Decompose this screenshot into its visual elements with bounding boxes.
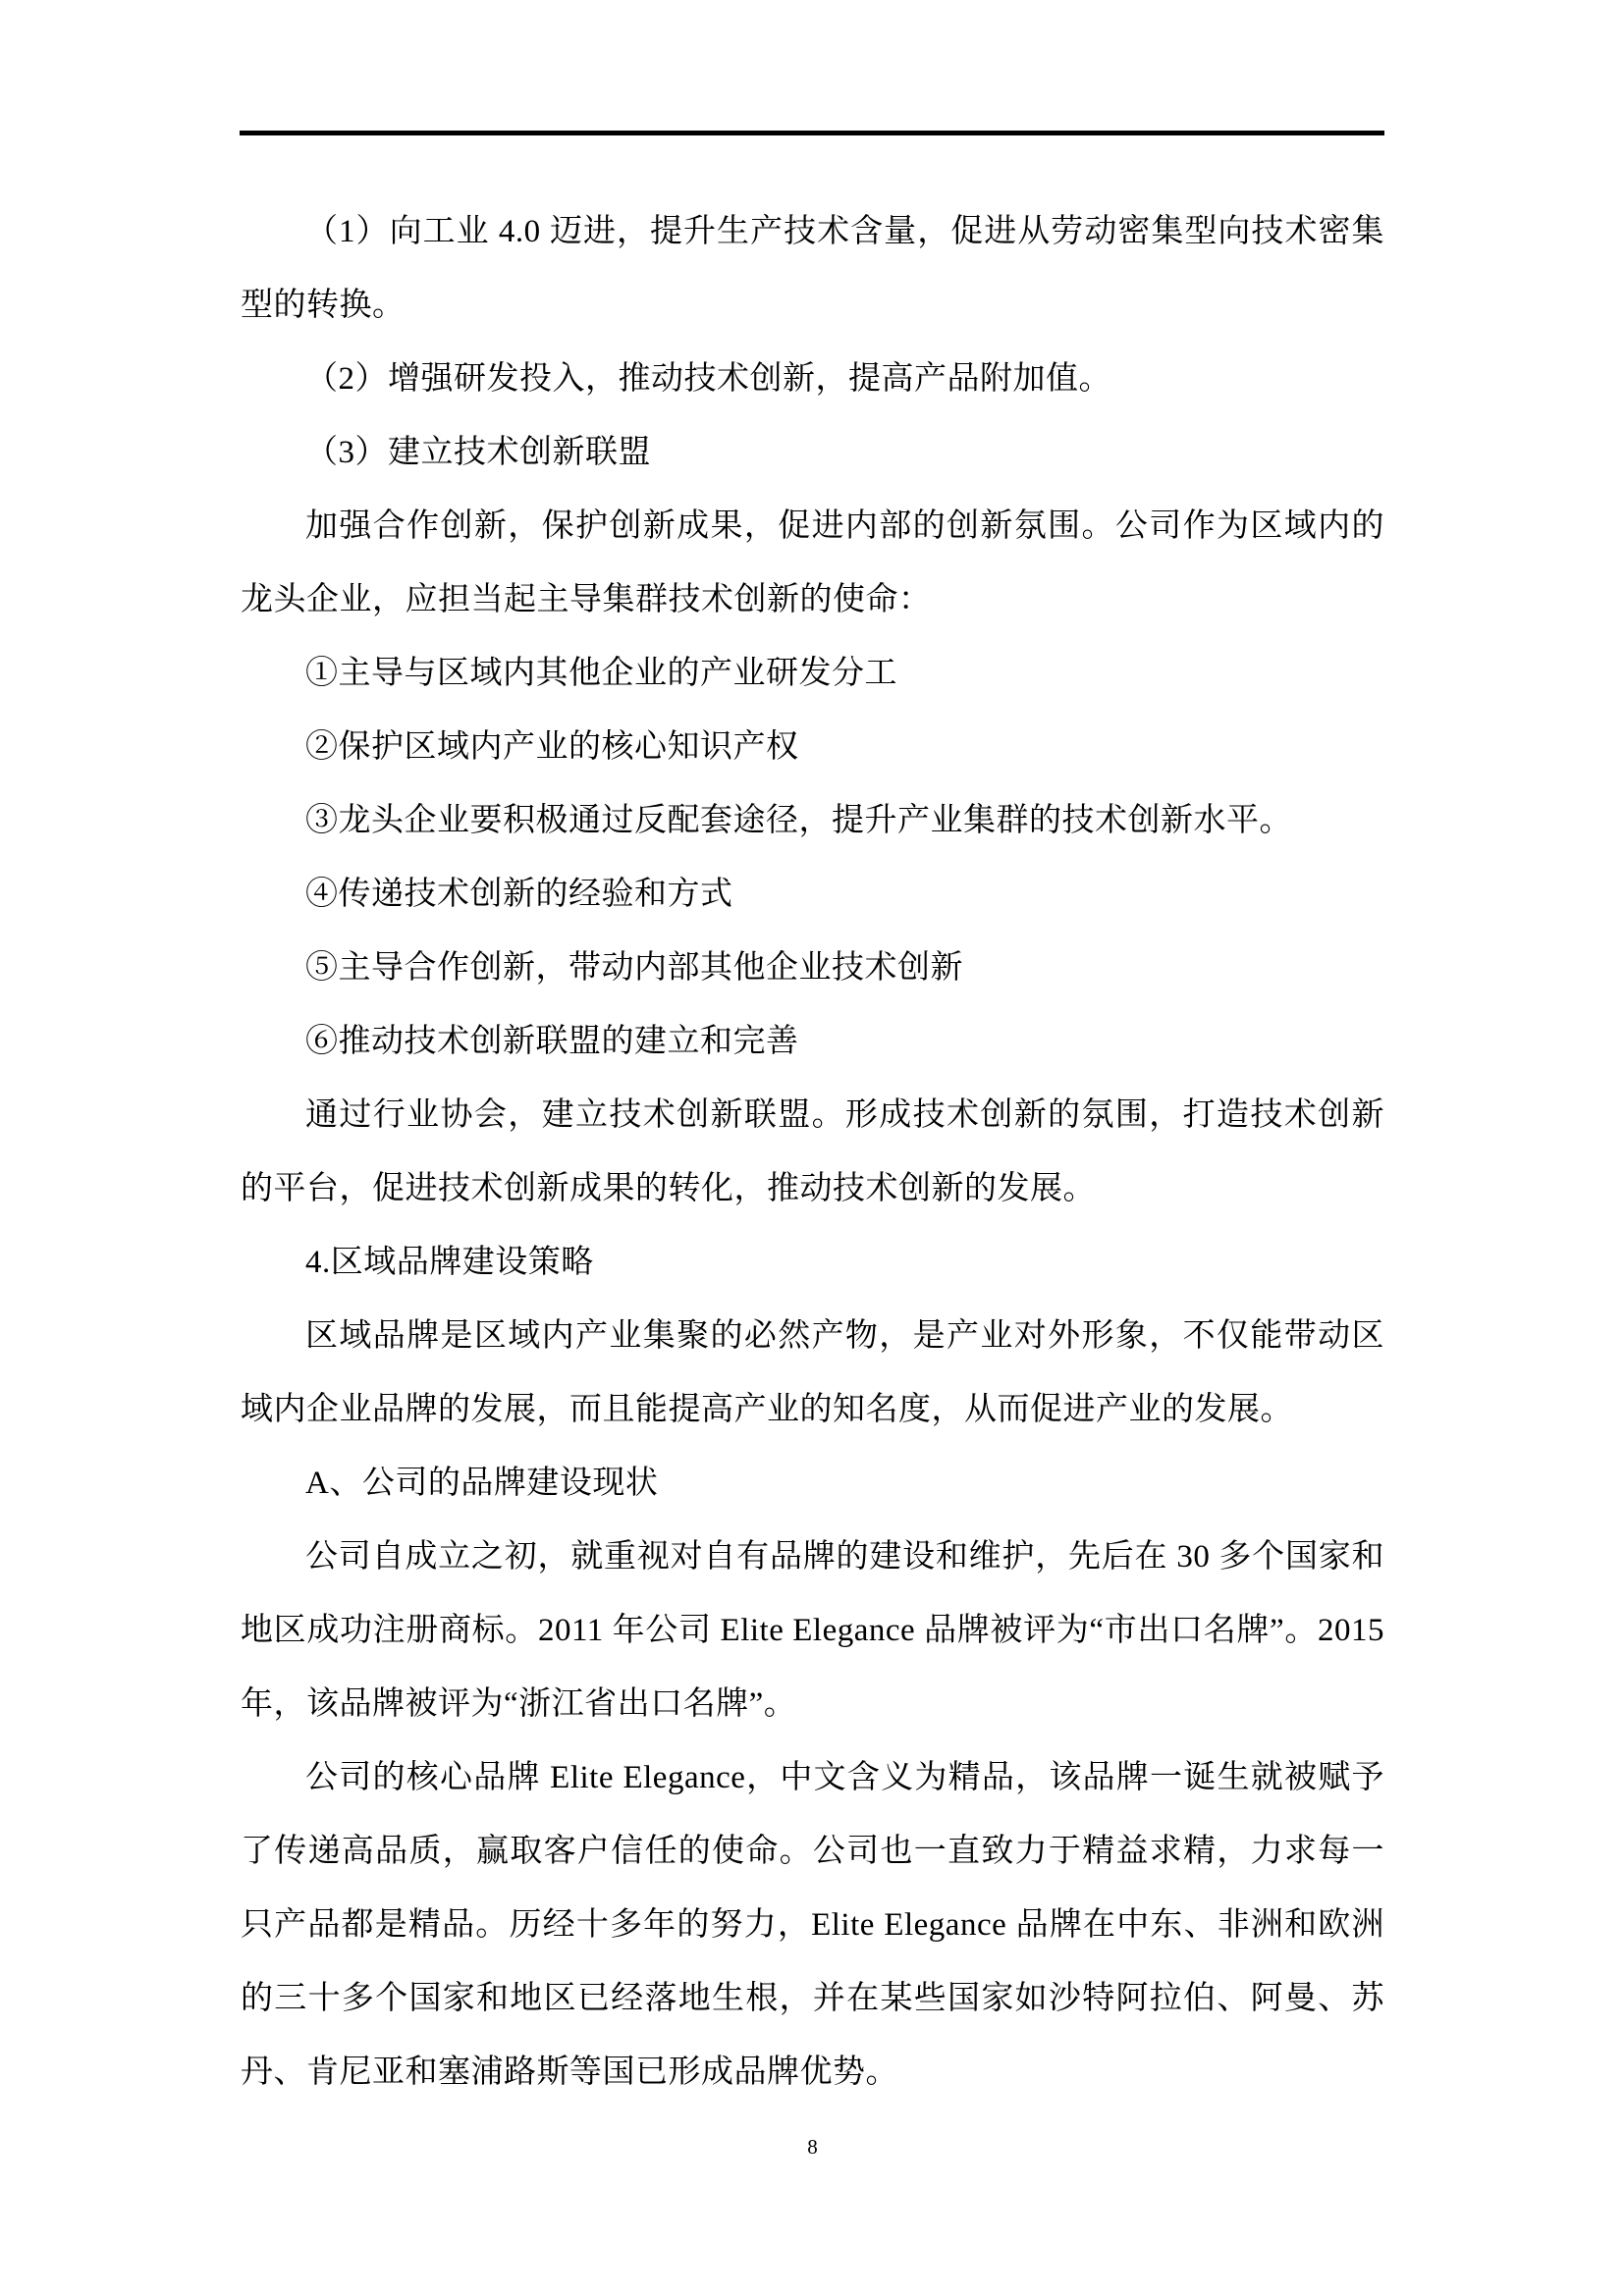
- document-page: （1）向工业 4.0 迈进，提升生产技术含量，促进从劳动密集型向技术密集型的转换…: [0, 0, 1624, 2296]
- paragraph: 公司自成立之初，就重视对自有品牌的建设和维护，先后在 30 多个国家和地区成功注…: [241, 1521, 1384, 1741]
- paragraph: （3）建立技术创新联盟: [241, 416, 1384, 490]
- paragraph: 区域品牌是区域内产业集聚的必然产物，是产业对外形象，不仅能带动区域内企业品牌的发…: [241, 1300, 1384, 1447]
- header-rule: [240, 131, 1384, 135]
- paragraph: ④传递技术创新的经验和方式: [241, 858, 1384, 932]
- paragraph: （2）增强研发投入，推动技术创新，提高产品附加值。: [241, 343, 1384, 416]
- paragraph: ②保护区域内产业的核心知识产权: [241, 711, 1384, 784]
- page-number: 8: [241, 2132, 1384, 2162]
- paragraph: 通过行业协会，建立技术创新联盟。形成技术创新的氛围，打造技术创新的平台，促进技术…: [241, 1079, 1384, 1226]
- document-body: （1）向工业 4.0 迈进，提升生产技术含量，促进从劳动密集型向技术密集型的转换…: [241, 195, 1384, 2109]
- paragraph: 公司的核心品牌 Elite Elegance，中文含义为精品，该品牌一诞生就被赋…: [241, 1741, 1384, 2109]
- paragraph: ⑥推动技术创新联盟的建立和完善: [241, 1005, 1384, 1079]
- paragraph: A、公司的品牌建设现状: [241, 1447, 1384, 1521]
- paragraph: 4.区域品牌建设策略: [241, 1226, 1384, 1300]
- paragraph: 加强合作创新，保护创新成果，促进内部的创新氛围。公司作为区域内的龙头企业，应担当…: [241, 490, 1384, 637]
- paragraph: ①主导与区域内其他企业的产业研发分工: [241, 637, 1384, 711]
- paragraph: ⑤主导合作创新，带动内部其他企业技术创新: [241, 932, 1384, 1005]
- paragraph: ③龙头企业要积极通过反配套途径，提升产业集群的技术创新水平。: [241, 784, 1384, 858]
- paragraph: （1）向工业 4.0 迈进，提升生产技术含量，促进从劳动密集型向技术密集型的转换…: [241, 195, 1384, 343]
